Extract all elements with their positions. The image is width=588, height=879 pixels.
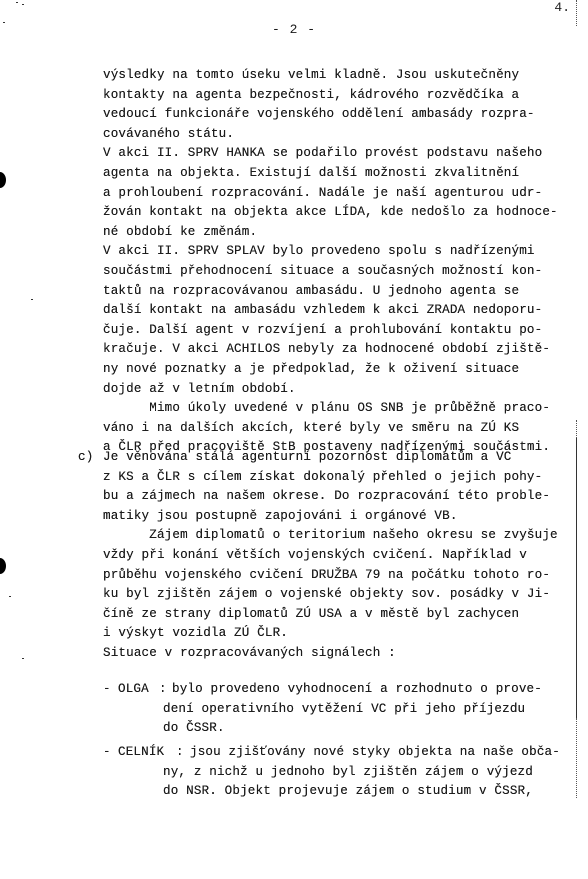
text-line: dení operativního vytěžení VC při jeho p… [163,701,525,717]
text-line: vedoucí funkcionáře vojenského oddělení … [103,106,535,122]
margin-rule [576,420,577,438]
text-line: váno i na dalších akcích, které byly ve … [103,420,519,436]
text-line: další kontakt na ambasádu vzhledem k akc… [103,302,542,318]
text-line: žován kontakt na objekta akce LÍDA, kde … [103,204,558,220]
text-line: průběhu vojenského cvičení DRUŽBA 79 na … [103,567,550,583]
text-line: Mimo úkoly uvedené v plánu OS SNB je prů… [103,400,550,416]
text-line: ku byl zjištěn zájem o vojenské objekty … [103,586,550,602]
text-line: číně ze strany diplomatů ZÚ USA a v měst… [103,606,519,622]
list-bullet: - [103,744,111,760]
margin-rule [576,718,577,798]
scan-speck [3,22,5,23]
signal-separator: : [176,744,184,760]
margin-rule [576,0,577,26]
scan-speck [9,596,11,597]
text-line: a prohloubení rozpracování. Nadále je na… [103,185,542,201]
scan-speck [31,299,33,300]
text-line: jsou zjišťovány nové styky objekta na na… [190,744,560,760]
text-line: vždy při konání větších vojenských cviče… [103,547,527,563]
text-line: matiky jsou postupně zapojováni i orgáno… [103,508,458,524]
signal-name: OLGA [118,681,149,697]
section-c-marker: c) [78,449,93,465]
text-line: V akci II. SPRV HANKA se podařilo provés… [103,145,542,161]
text-line: Zájem diplomatů o teritorium našeho okre… [103,527,558,543]
text-line: Je věnována stálá agenturní pozornost di… [103,449,512,465]
text-line: výsledky na tomto úseku velmi kladně. Js… [103,67,519,83]
folio-mark: 4. [554,0,570,15]
text-line: taktů na rozpracovávanou ambasádu. U jed… [103,283,519,299]
text-line: agenta na objekta. Existují další možnos… [103,165,519,181]
margin-rule [576,438,577,718]
scanned-document-page: 4. - 2 - výsledky na tomto úseku velmi k… [0,0,588,879]
text-line: kračuje. V akci ACHILOS nebyly za hodnoc… [103,341,550,357]
text-line: dojde až v letním období. [103,381,296,397]
text-line: z KS a ČLR s cílem získat dokonalý přehl… [103,469,542,485]
text-line: kontakty na agenta bezpečnosti, kádrovéh… [103,87,519,103]
punch-hole-bottom [0,558,6,574]
text-line: do NSR. Objekt projevuje zájem o studium… [163,783,533,799]
punch-hole-top [0,172,6,188]
text-line: čuje. Další agent v rozvíjení a prohlubo… [103,322,542,338]
scan-speck [22,4,24,5]
scan-speck [22,658,24,659]
text-line: né období ke změnám. [103,224,257,240]
text-line: ny nové poznatky a je předpoklad, že k o… [103,361,519,377]
text-line: covávaného státu. [103,126,234,142]
signal-separator: : [159,681,167,697]
text-line: do ČSSR. [163,720,225,736]
text-line: ny, z nichž u jednoho byl zjištěn zájem … [163,764,533,780]
text-line: i výskyt vozidla ZÚ ČLR. [103,625,288,641]
text-line: bylo provedeno vyhodnocení a rozhodnuto … [172,681,542,697]
signal-name: CELNÍK [118,744,164,760]
text-line: součástmi přehodnocení situace a současn… [103,263,542,279]
text-line: V akci II. SPRV SPLAV bylo provedeno spo… [103,243,535,259]
list-bullet: - [103,681,111,697]
page-number: - 2 - [0,22,588,37]
text-line: bu a zájmech na našem okrese. Do rozprac… [103,488,550,504]
text-line: Situace v rozpracovávaných signálech : [103,645,396,661]
scan-speck [16,2,18,3]
